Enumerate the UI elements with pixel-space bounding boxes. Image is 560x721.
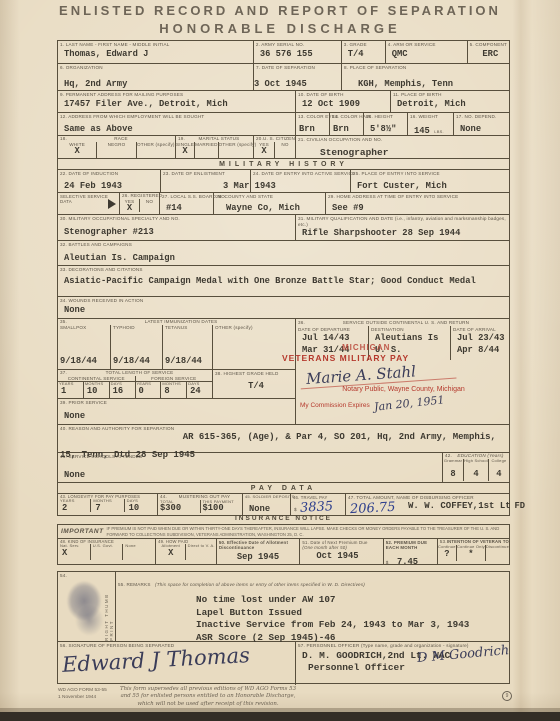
col-header: Discontinue — [486, 545, 509, 550]
field-value: 1 — [61, 387, 83, 397]
section-pay-data: PAY DATA — [58, 483, 509, 493]
field-weight: 16. WEIGHT 145 LBS. — [408, 113, 454, 135]
field-battles-campaigns: 32. BATTLES AND CAMPAIGNS Aleutian Is. C… — [58, 241, 509, 265]
field-label: 6. ORGANIZATION — [60, 65, 251, 71]
form-date: 1 November 1944 — [58, 695, 107, 702]
field-total-length-service: 37.TOTAL LENGTH OF SERVICE CONTINENTAL S… — [58, 370, 213, 398]
field-value: Hq, 2nd Army — [64, 80, 251, 90]
fd-annotation: FD — [514, 502, 525, 512]
education-grammar: Grammar8 — [443, 459, 463, 481]
row-16: 41. SERVICE SCHOOLS ATTENDED None 42.EDU… — [58, 453, 509, 483]
field-height: 15. HEIGHT 5'8½" — [364, 113, 408, 135]
check-mark: X — [182, 147, 187, 157]
field-immunization-dates: 35.LATEST IMMUNIZATION DATES SMALLPOX9/1… — [58, 319, 295, 370]
field-label: 41. SERVICE SCHOOLS ATTENDED — [60, 454, 440, 460]
field-label: 27. LOCAL S.S. BOARD NO. — [162, 194, 211, 200]
michigan-stamp-partial: MICHIGAN — [342, 343, 390, 352]
row-4: 12. ADDRESS FROM WHICH EMPLOYMENT WILL B… — [58, 113, 509, 136]
field-value: #14 — [166, 204, 211, 214]
field-value: 36 576 155 — [260, 50, 339, 60]
field-selective-service: SELECTIVE SERVICE DATA — [58, 193, 120, 214]
marital-other: OTHER (specify) — [218, 142, 257, 158]
fs-months: MONTHS8 — [160, 382, 186, 398]
insurance-notice-text: IF PREMIUM IS NOT PAID WHEN DUE OR WITHI… — [107, 526, 509, 537]
field-allotment-discontinuance: 50. Effective Date of Allotment Disconti… — [217, 539, 300, 564]
ins-nat-serv: Nat. Serv.X — [58, 544, 90, 560]
field-value: Asiatic-Pacific Campaign Medal with One … — [64, 277, 494, 287]
col-header: OTHER (specify) — [137, 142, 175, 148]
field-value: $100 — [203, 504, 243, 514]
field-registered: 26. REGISTERED YESX NO — [120, 193, 160, 214]
check-mark: X — [62, 549, 90, 559]
remark-line: Lapel Button Issued — [196, 607, 507, 620]
field-value: 8 — [164, 387, 186, 397]
field-mos: 30. MILITARY OCCUPATIONAL SPECIALTY AND … — [58, 215, 296, 240]
cs-months: MONTHS10 — [83, 382, 109, 398]
col-header: DESTINATION — [371, 327, 448, 333]
mop-total: TOTAL$300 — [158, 500, 200, 513]
field-label: 45. SOLDIER DEPOSITS — [245, 495, 288, 500]
field-value: 24 — [190, 387, 212, 397]
field-value: Stenographer — [320, 148, 507, 158]
longevity-years: YEARS2 — [58, 499, 90, 512]
selective-service-arrow-icon — [108, 199, 116, 209]
form-title: ENLISTED RECORD AND REPORT OF SEPARATION — [0, 3, 560, 18]
citizen-yes: YESX — [254, 142, 274, 158]
field-value: Rifle Sharpshooter 28 Sep 1944 — [302, 229, 507, 239]
section-military-history: MILITARY HISTORY — [58, 159, 509, 169]
ins-none: None — [122, 544, 155, 560]
foreign-service: FOREIGN SERVICE YEARS0 MONTHS8 DAYS24 — [135, 376, 213, 399]
field-value: Aleutian Is. Campaign — [64, 254, 507, 264]
field-civilian-occupation: 21. CIVILIAN OCCUPATION AND NO. Stenogra… — [296, 136, 509, 158]
row-3: 9. PERMANENT ADDRESS FOR MAILING PURPOSE… — [58, 91, 509, 113]
field-value: None — [64, 471, 440, 481]
row-1: 1. LAST NAME - FIRST NAME - MIDDLE INITI… — [58, 41, 509, 64]
field-value: 4 — [496, 470, 501, 480]
disbursing-officer-name: W. W. COFFEY,1st Lt — [408, 502, 511, 512]
field-label: 31. MILITARY QUALIFICATION AND DATE (i.e… — [298, 216, 507, 227]
field-label: 24. DATE OF ENTRY INTO ACTIVE SERVICE — [253, 171, 348, 177]
col-header: DATE OF ARRIVAL — [453, 327, 507, 333]
currency-symbol: $ — [294, 507, 297, 513]
field-date-of-induction: 22. DATE OF INDUCTION 24 Feb 1943 — [58, 170, 161, 192]
field-value: Stenographer #213 — [64, 228, 293, 238]
field-arm-of-service: 4. ARM OR SERVICE QMC — [386, 41, 468, 63]
field-label: 2. ARMY SERIAL NO. — [256, 42, 339, 48]
form-number-block: WD AGO FORM 53-55 1 November 1944 — [58, 688, 107, 701]
field-how-paid: 49. HOW PAID AllotmentX Direct to V. A. — [156, 539, 217, 564]
col-header: MARRIED — [195, 142, 218, 148]
fs-years: YEARS0 — [136, 382, 161, 398]
field-sublabel: (This space for completion of above item… — [155, 582, 365, 587]
field-date-of-separation: 7. DATE OF SEPARATION 3 Oct 1945 — [254, 64, 342, 90]
row-10: 33. DECORATIONS AND CITATIONS Asiatic-Pa… — [58, 266, 509, 297]
cs-years: YEARS1 — [58, 382, 83, 398]
col-header: OTHER (specify) — [219, 142, 257, 148]
field-label: 3. GRADE — [344, 42, 383, 48]
field-premium-due-monthly: 52. PREMIUM DUE EACH MONTH $ 7.45 — [384, 539, 438, 564]
field-value: Detroit, Mich — [397, 100, 507, 110]
field-label: 17. NO. DEPEND. — [456, 114, 507, 120]
field-label: 1. LAST NAME - FIRST NAME - MIDDLE INITI… — [60, 42, 251, 48]
cs-days: DAYS16 — [109, 382, 135, 398]
longevity-days: DAYS10 — [124, 499, 157, 512]
paid-direct-va: Direct to V. A. — [185, 544, 215, 560]
field-value: 9/18/44 — [165, 357, 212, 367]
field-label: 7. DATE OF SEPARATION — [256, 65, 339, 71]
race-white: WHITEX — [58, 142, 96, 158]
field-thumb-print: 54. RIGHT THUMB PRINT — [58, 572, 116, 641]
field-place-of-separation: 8. PLACE OF SEPARATION KGH, Memphis, Ten… — [342, 64, 509, 90]
field-place-of-birth: 11. PLACE OF BIRTH Detroit, Mich — [391, 91, 509, 112]
field-label: 40. REASON AND AUTHORITY FOR SEPARATION — [60, 426, 174, 432]
form-subtitle: HONORABLE DISCHARGE — [0, 21, 560, 36]
insurance-important-row: IMPORTANT IF PREMIUM IS NOT PAID WHEN DU… — [58, 525, 509, 539]
field-label: 12. ADDRESS FROM WHICH EMPLOYMENT WILL B… — [60, 114, 293, 120]
field-military-qualification: 31. MILITARY QUALIFICATION AND DATE (i.e… — [296, 215, 509, 240]
arrival-col: DATE OF ARRIVAL Jul 23/43 Apr 8/44 — [450, 326, 509, 360]
field-label: 52. PREMIUM DUE EACH MONTH — [386, 540, 435, 551]
field-value: 10 — [129, 504, 157, 514]
length-of-service-row: 37.TOTAL LENGTH OF SERVICE CONTINENTAL S… — [58, 370, 295, 399]
field-label: 22. DATE OF INDUCTION — [60, 171, 158, 177]
field-color-eyes: 13. COLOR EYES Brn — [296, 113, 330, 135]
field-value: Fort Custer, Mich — [357, 182, 507, 192]
check-mark: ? — [444, 550, 449, 560]
field-value: See #9 — [332, 204, 507, 214]
row-15: 40. REASON AND AUTHORITY FOR SEPARATION … — [58, 425, 509, 453]
field-label: 34. WOUNDS RECEIVED IN ACTION — [60, 298, 507, 304]
field-decorations-citations: 33. DECORATIONS AND CITATIONS Asiatic-Pa… — [58, 266, 509, 296]
row-2: 6. ORGANIZATION Hq, 2nd Army 7. DATE OF … — [58, 64, 509, 91]
field-value: ERC — [474, 50, 507, 60]
col-header: None — [123, 544, 155, 549]
field-value: Sep 1945 — [237, 553, 297, 563]
race-negro: NEGRO — [96, 142, 135, 158]
check-mark: X — [127, 204, 132, 214]
field-label: 25. PLACE OF ENTRY INTO SERVICE — [353, 171, 507, 177]
field-label: 50. Effective Date of Allotment Disconti… — [219, 540, 297, 551]
col-header: College — [489, 459, 509, 464]
field-component: 5. COMPONENT ERC — [468, 41, 509, 63]
field-color-hair: 14. COLOR HAIR Brn — [330, 113, 364, 135]
field-label: 9. PERMANENT ADDRESS FOR MAILING PURPOSE… — [60, 92, 293, 98]
cell-value: Apr 8/44 — [457, 346, 507, 356]
field-value: 24 Feb 1943 — [64, 182, 158, 192]
row-11: 34. WOUNDS RECEIVED IN ACTION None — [58, 297, 509, 319]
row-signatures: 56. SIGNATURE OF PERSON BEING SEPARATED … — [58, 642, 509, 685]
registered-no: NO — [139, 199, 159, 212]
field-label: 28. COUNTY AND STATE — [216, 194, 323, 200]
row-9: 32. BATTLES AND CAMPAIGNS Aleutian Is. C… — [58, 241, 509, 266]
mid-left-column: 35.LATEST IMMUNIZATION DATES SMALLPOX9/1… — [58, 319, 296, 424]
remark-line: Inactive Service from Feb 24, 1943 to Ma… — [196, 619, 507, 632]
field-value: 16 — [113, 387, 135, 397]
field-last-name: 1. LAST NAME - FIRST NAME - MIDDLE INITI… — [58, 41, 254, 63]
field-race: 18.RACE WHITEX NEGRO OTHER (specify) — [58, 136, 176, 158]
page-mark: 9 — [502, 691, 512, 701]
field-value: 17457 Filer Ave., Detroit, Mich — [64, 100, 293, 110]
field-service-schools: 41. SERVICE SCHOOLS ATTENDED None — [58, 453, 443, 482]
field-value: None — [64, 412, 293, 422]
field-mustering-out-pay: 44.MUSTERING OUT PAY TOTAL$300 THIS PAYM… — [158, 494, 243, 515]
field-no-dependents: 17. NO. DEPEND. None — [454, 113, 509, 135]
field-label: 8. PLACE OF SEPARATION — [344, 65, 507, 71]
field-value: 8 — [450, 470, 455, 480]
field-sublabel: (One month after 50) — [302, 545, 380, 550]
notary-expires-stamp: My Commission Expires — [300, 402, 370, 409]
discharge-form-sheet: ENLISTED RECORD AND REPORT OF SEPARATION… — [0, 0, 560, 721]
col-header: NEGRO — [97, 142, 135, 148]
right-thumb-print-label: RIGHT THUMB PRINT — [104, 580, 114, 641]
race-other: OTHER (specify) — [136, 142, 175, 158]
col-header: NO — [275, 142, 295, 148]
notary-expiry-date: Jan 20, 1951 — [374, 393, 446, 413]
field-serial-no: 2. ARMY SERIAL NO. 36 576 155 — [254, 41, 342, 63]
insurance-box: IMPORTANT IF PREMIUM IS NOT PAID WHEN DU… — [57, 524, 510, 565]
field-organization: 6. ORGANIZATION Hq, 2nd Army — [58, 64, 254, 90]
education-highschool: High School4 — [463, 459, 488, 481]
weight-unit-label: LBS. — [434, 129, 443, 134]
marital-married: MARRIED — [194, 142, 218, 158]
col-header: Direct to V. A. — [186, 544, 215, 549]
field-value: $300 — [160, 504, 200, 514]
scan-edge-band — [0, 712, 560, 721]
field-soldier-deposits: 45. SOLDIER DEPOSITS None — [243, 494, 291, 515]
immunization-smallpox: SMALLPOX9/18/44 — [58, 325, 110, 370]
section-title: INSURANCE NOTICE — [235, 515, 332, 522]
check-mark: * — [468, 550, 473, 560]
col-header: High School — [464, 459, 488, 464]
field-personnel-officer: 57. PERSONNEL OFFICER (Type name, grade … — [296, 642, 509, 685]
field-kind-of-insurance: 48. KIND OF INSURANCE Nat. Serv.X U.S. G… — [58, 539, 156, 564]
mop-this-payment: THIS PAYMENT$100 — [200, 500, 243, 513]
field-value: 12 Oct 1909 — [302, 100, 388, 110]
field-label: 23. DATE OF ENLISTMENT — [163, 171, 248, 177]
main-form-box: 1. LAST NAME - FIRST NAME - MIDDLE INITI… — [57, 40, 510, 516]
intention-discontinue: Discontinue — [485, 545, 509, 561]
field-value: T/4 — [348, 50, 383, 60]
personnel-officer-title: Personnel Officer — [308, 663, 507, 673]
field-value: 3 Mar 1943 — [223, 182, 348, 192]
veterans-pay-stamp: VETERANS MILITARY PAY — [282, 353, 409, 363]
field-value: 0 — [139, 387, 161, 397]
field-label: 14. COLOR HAIR — [332, 114, 361, 120]
row-pay: 43. LONGEVITY FOR PAY PURPOSES YEARS2 MO… — [58, 493, 509, 515]
field-value: 10 — [87, 387, 109, 397]
check-mark: X — [261, 147, 266, 157]
row-7: SELECTIVE SERVICE DATA 26. REGISTERED YE… — [58, 193, 509, 215]
supersedes-note: This form supersedes all previous editio… — [118, 686, 298, 708]
immunization-typhoid: TYPHOID9/18/44 — [110, 325, 162, 370]
field-label: 32. BATTLES AND CAMPAIGNS — [60, 242, 507, 248]
field-employment-address: 12. ADDRESS FROM WHICH EMPLOYMENT WILL B… — [58, 113, 296, 135]
field-home-address-entry: 29. HOME ADDRESS AT TIME OF ENTRY INTO S… — [326, 193, 509, 214]
field-longevity: 43. LONGEVITY FOR PAY PURPOSES YEARS2 MO… — [58, 494, 158, 515]
field-prior-service: 39. PRIOR SERVICE None — [58, 399, 295, 424]
intention-continue: Continue? — [438, 545, 456, 561]
field-mailing-address: 9. PERMANENT ADDRESS FOR MAILING PURPOSE… — [58, 91, 296, 112]
field-value: T/4 — [219, 382, 293, 392]
field-reason-authority: 40. REASON AND AUTHORITY FOR SEPARATION … — [58, 425, 509, 452]
field-intention-of-veteran: 53.INTENTION OF VETERAN TO Continue? Con… — [438, 539, 509, 564]
field-value: Oct 1945 — [316, 552, 380, 562]
field-label: 5. COMPONENT — [470, 42, 507, 48]
field-value: Same as Above — [64, 125, 293, 135]
education-college: College4 — [488, 459, 509, 481]
field-value: Thomas, Edward J — [64, 50, 251, 60]
field-date-of-birth: 10. DATE OF BIRTH 12 Oct 1909 — [296, 91, 391, 112]
field-value: 9/18/44 — [60, 357, 110, 367]
col-header: TYPHOID — [111, 325, 162, 331]
section-insurance-notice: INSURANCE NOTICE — [57, 514, 510, 523]
field-us-citizen: 20.U. S. CITIZEN YESX NO — [254, 136, 296, 158]
mid-right-column: 36.SERVICE OUTSIDE CONTINENTAL U. S. AND… — [296, 319, 509, 424]
field-county-state: 28. COUNTY AND STATE Wayne Co, Mich — [214, 193, 326, 214]
field-value: QMC — [392, 50, 465, 60]
longevity-months: MONTHS7 — [90, 499, 123, 512]
col-header: U.S. Govt. — [91, 544, 123, 549]
field-value: Wayne Co, Mich — [226, 204, 323, 214]
paid-allotment: AllotmentX — [156, 544, 185, 560]
field-remarks: 55. REMARKS (This space for completion o… — [116, 572, 509, 641]
field-local-board-no: 27. LOCAL S.S. BOARD NO. #14 — [160, 193, 214, 214]
immunization-tetanus: TETANUS9/18/44 — [162, 325, 212, 370]
field-label: 4. ARM OR SERVICE — [388, 42, 465, 48]
row-remarks: 54. RIGHT THUMB PRINT 55. REMARKS (This … — [58, 572, 509, 642]
form-number: WD AGO FORM 53-55 — [58, 688, 107, 695]
fs-days: DAYS24 — [186, 382, 212, 398]
field-value: 4 — [473, 470, 478, 480]
insurance-fields-row: 48. KIND OF INSURANCE Nat. Serv.X U.S. G… — [58, 539, 509, 564]
field-grade: 3. GRADE T/4 — [342, 41, 386, 63]
field-value: 9/18/44 — [113, 357, 162, 367]
field-value: 5'8½" — [370, 125, 405, 135]
thumbprint-smudge — [63, 577, 110, 637]
remark-line: No time lost under AW 107 — [196, 594, 507, 607]
field-education: 42.EDUCATION (Years) Grammar8 High Schoo… — [443, 453, 509, 482]
field-label: 38. HIGHEST GRADE HELD — [215, 371, 293, 377]
marital-single: SINGLEX — [176, 142, 194, 158]
col-header: Grammar — [443, 459, 463, 464]
field-label: 33. DECORATIONS AND CITATIONS — [60, 267, 507, 273]
field-date-entry-active-service: 24. DATE OF ENTRY INTO ACTIVE SERVICE 3 … — [251, 170, 351, 192]
row-6: 22. DATE OF INDUCTION 24 Feb 1943 23. DA… — [58, 169, 509, 193]
field-label: 21. CIVILIAN OCCUPATION AND NO. — [298, 137, 507, 143]
field-value: 7.45 — [397, 557, 418, 567]
col-header: SMALLPOX — [58, 325, 110, 331]
row-5: 18.RACE WHITEX NEGRO OTHER (specify) 19.… — [58, 136, 509, 159]
field-value: Brn — [299, 125, 327, 135]
row-mid: 35.LATEST IMMUNIZATION DATES SMALLPOX9/1… — [58, 319, 509, 425]
ins-us-govt: U.S. Govt. — [90, 544, 123, 560]
col-header: DATE OF DEPARTURE — [298, 327, 366, 333]
row-8: 30. MILITARY OCCUPATIONAL SPECIALTY AND … — [58, 215, 509, 241]
field-wounds: 34. WOUNDS RECEIVED IN ACTION None — [58, 297, 509, 318]
field-label: 47. TOTAL AMOUNT, NAME OF DISBURSING OFF… — [348, 495, 507, 501]
bottom-box: 54. RIGHT THUMB PRINT 55. REMARKS (This … — [57, 571, 510, 684]
section-title: MILITARY HISTORY — [219, 161, 348, 168]
cell-value: Jul 23/43 — [457, 334, 507, 344]
important-label: IMPORTANT — [58, 528, 107, 535]
check-mark: X — [168, 549, 173, 559]
field-total-amount-disbursing: 47. TOTAL AMOUNT, NAME OF DISBURSING OFF… — [346, 494, 509, 515]
field-value: 7 — [95, 504, 123, 514]
col-header: OTHER (specify) — [213, 325, 295, 331]
field-travel-pay: 46. TRAVEL PAY $ 3835 — [291, 494, 346, 515]
section-title: PAY DATA — [251, 485, 316, 492]
registered-yes: YESX — [120, 199, 139, 212]
field-value: KGH, Memphis, Tenn — [358, 80, 507, 90]
notary-block: Marie A. Stahl Notary Public, Wayne Coun… — [300, 365, 507, 412]
field-label: 39. PRIOR SERVICE — [60, 400, 293, 406]
col-header: TETANUS — [163, 325, 212, 331]
field-highest-grade: 38. HIGHEST GRADE HELD T/4 — [213, 370, 295, 398]
continental-service: CONTINENTAL SERVICE YEARS1 MONTHS10 DAYS… — [58, 376, 135, 399]
field-value: 2 — [62, 504, 90, 514]
field-label: 29. HOME ADDRESS AT TIME OF ENTRY INTO S… — [328, 194, 507, 200]
field-value: None — [460, 125, 507, 135]
check-mark: X — [75, 147, 80, 157]
intention-continue-only: Continue Only* — [456, 545, 485, 561]
field-label: 30. MILITARY OCCUPATIONAL SPECIALTY AND … — [60, 216, 293, 222]
notary-signature: Marie A. Stahl — [300, 360, 457, 390]
field-marital-status: 19.MARITAL STATUS SINGLEX MARRIED OTHER … — [176, 136, 254, 158]
field-label: 16. WEIGHT — [410, 114, 451, 120]
field-label: 11. PLACE OF BIRTH — [393, 92, 507, 98]
col-header: NO — [140, 199, 159, 205]
field-separatee-signature: 56. SIGNATURE OF PERSON BEING SEPARATED … — [58, 642, 296, 685]
field-value: 3 Oct 1945 — [254, 80, 339, 90]
citizen-no: NO — [274, 142, 295, 158]
field-place-entry-service: 25. PLACE OF ENTRY INTO SERVICE Fort Cus… — [351, 170, 509, 192]
field-label: 10. DATE OF BIRTH — [298, 92, 388, 98]
field-label: 13. COLOR EYES — [298, 114, 327, 120]
currency-symbol: $ — [386, 560, 389, 565]
field-label: 55. REMARKS — [118, 582, 151, 587]
field-value: None — [64, 306, 507, 316]
field-next-premium-due: 51. Date of Next Premium Due (One month … — [300, 539, 383, 564]
field-label: 15. HEIGHT — [366, 114, 405, 120]
field-value: 145 — [414, 127, 430, 137]
field-value: Brn — [333, 125, 361, 135]
